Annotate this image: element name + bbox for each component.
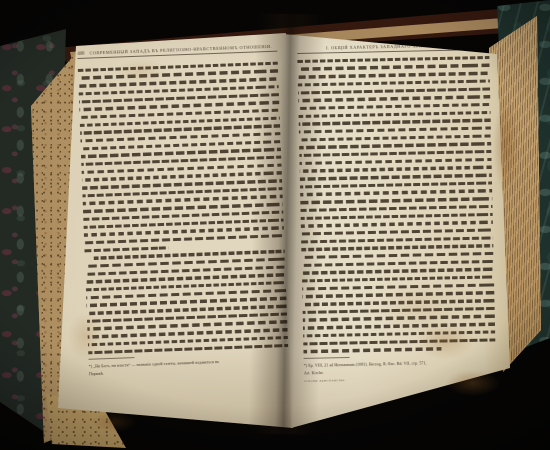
text-line xyxy=(78,62,278,73)
text-line xyxy=(303,315,495,322)
text-line xyxy=(298,87,490,94)
text-line xyxy=(86,289,286,300)
foxing-stain xyxy=(116,58,168,84)
text-line xyxy=(83,210,283,221)
text-line xyxy=(79,101,279,112)
left-footnote-line-1: *) „Ни Богъ, ни власти“ — названіе одной… xyxy=(89,355,289,370)
left-page-block-fore-edge xyxy=(0,0,550,450)
text-line xyxy=(80,109,280,120)
text-line xyxy=(87,320,287,331)
text-line xyxy=(88,344,288,355)
text-line xyxy=(85,258,285,269)
text-line xyxy=(298,64,490,71)
right-running-head-row: I. ОБЩІЙ ХАРАКТЕРЪ ЗАПАДНАГО ХРИСТІАНСТВ… xyxy=(297,42,489,52)
text-line xyxy=(80,116,280,127)
text-line xyxy=(298,72,490,79)
text-line xyxy=(81,148,281,159)
book-top-spine-edge xyxy=(0,0,550,450)
text-line xyxy=(84,234,284,245)
text-line xyxy=(83,195,283,206)
photo-vignette xyxy=(0,0,550,450)
signature-title: основы христіанства. xyxy=(304,378,346,382)
text-line xyxy=(84,246,168,252)
text-line xyxy=(80,124,280,135)
foxing-stain xyxy=(68,312,102,360)
left-footnote-rule xyxy=(88,357,134,360)
bottom-page-block-edge xyxy=(0,0,550,450)
right-footnote-line-2: Art. Kirche. xyxy=(304,365,496,377)
text-line xyxy=(79,85,279,96)
text-line xyxy=(82,179,282,190)
text-line xyxy=(298,95,490,102)
text-line xyxy=(86,273,286,284)
text-line xyxy=(303,347,441,353)
text-line xyxy=(302,268,494,275)
right-cover-board xyxy=(0,0,550,450)
text-line xyxy=(87,312,287,323)
text-line xyxy=(88,328,288,339)
right-footnote: *) Ep. VIII, 21 ad Hermannum (1081). Her… xyxy=(304,358,496,377)
left-cover-board xyxy=(0,0,550,450)
text-line xyxy=(299,111,491,118)
text-line xyxy=(88,336,288,347)
text-line xyxy=(83,203,283,214)
text-line xyxy=(86,297,286,308)
text-line xyxy=(81,156,281,167)
text-line xyxy=(81,140,281,151)
text-line xyxy=(302,291,494,298)
foxing-stain xyxy=(92,412,136,432)
right-running-head: I. ОБЩІЙ ХАРАКТЕРЪ ЗАПАДНАГО ХРИСТІАНСТВ… xyxy=(297,42,482,51)
right-footnote-rule xyxy=(304,357,350,359)
right-page-content: I. ОБЩІЙ ХАРАКТЕРЪ ЗАПАДНАГО ХРИСТІАНСТВ… xyxy=(297,38,501,420)
right-page: I. ОБЩІЙ ХАРАКТЕРЪ ЗАПАДНАГО ХРИСТІАНСТВ… xyxy=(0,0,550,450)
right-page-block-fore-edge xyxy=(0,0,550,450)
text-line xyxy=(94,250,285,260)
running-head-rule xyxy=(77,51,277,59)
text-line xyxy=(301,221,493,228)
text-line xyxy=(300,166,492,173)
text-line xyxy=(302,260,494,267)
right-page-text-block xyxy=(297,56,495,353)
running-head-rule xyxy=(297,49,489,54)
text-line xyxy=(303,323,495,330)
signature-row: основы христіанства. 14 xyxy=(304,375,496,383)
text-line xyxy=(302,283,494,290)
text-line xyxy=(299,119,491,126)
photo-of-open-book: 488 СОВРЕМЕННЫЙ ЗАПАДЪ ВЪ РЕЛИГІОЗНО-НРА… xyxy=(0,0,550,450)
text-line xyxy=(85,265,285,276)
text-line xyxy=(79,93,279,104)
text-line xyxy=(300,174,492,181)
left-page-text-block xyxy=(78,62,288,355)
left-page-number: 488 xyxy=(77,51,84,57)
foxing-stain xyxy=(378,282,460,334)
text-line xyxy=(302,299,494,306)
text-line xyxy=(298,79,490,86)
text-line xyxy=(301,228,493,235)
text-line xyxy=(301,244,493,251)
foxing-stain xyxy=(446,370,500,396)
top-page-block-edge xyxy=(0,0,550,450)
left-running-head-row: 488 СОВРЕМЕННЫЙ ЗАПАДЪ ВЪ РЕЛИГІОЗНО-НРА… xyxy=(77,44,277,57)
foxing-stain xyxy=(415,322,475,360)
right-footnote-line-1: *) Ep. VIII, 21 ad Hermannum (1081). Her… xyxy=(304,358,496,370)
text-line xyxy=(87,305,287,316)
left-footnote-line-2: Парижѣ. xyxy=(89,363,289,378)
signature-number: 14 xyxy=(492,375,497,379)
text-line xyxy=(300,205,492,212)
text-line xyxy=(302,275,494,282)
text-line xyxy=(297,56,489,63)
text-line xyxy=(80,132,280,143)
text-line xyxy=(299,134,491,141)
text-line xyxy=(301,236,493,243)
text-line xyxy=(300,189,492,196)
text-line xyxy=(299,142,491,149)
text-line xyxy=(298,103,490,110)
left-footnote: *) „Ни Богъ, ни власти“ — названіе одной… xyxy=(89,355,289,377)
text-line xyxy=(301,213,493,220)
gutter-shadow xyxy=(248,13,325,434)
left-page: 488 СОВРЕМЕННЫЙ ЗАПАДЪ ВЪ РЕЛИГІОЗНО-НРА… xyxy=(0,0,550,450)
text-line xyxy=(300,181,492,188)
right-page-number: 489 xyxy=(482,42,489,48)
text-line xyxy=(82,171,282,182)
text-line xyxy=(303,330,495,337)
text-line xyxy=(78,77,278,88)
text-line xyxy=(86,281,286,292)
text-line xyxy=(82,187,282,198)
text-line xyxy=(300,158,492,165)
text-line xyxy=(299,150,491,157)
foxing-stain xyxy=(493,98,519,194)
text-line xyxy=(82,163,282,174)
left-page-content: 488 СОВРЕМЕННЫЙ ЗАПАДЪ ВЪ РЕЛИГІОЗНО-НРА… xyxy=(77,39,291,428)
left-running-head: СОВРЕМЕННЫЙ ЗАПАДЪ ВЪ РЕЛИГІОЗНО-НРАВСТВ… xyxy=(84,44,277,56)
text-line xyxy=(303,338,495,345)
text-line xyxy=(299,126,491,133)
text-line xyxy=(301,252,493,259)
text-line xyxy=(78,69,278,80)
text-line xyxy=(84,218,284,229)
text-line xyxy=(300,197,492,204)
text-line xyxy=(303,307,495,314)
text-line xyxy=(84,226,284,237)
